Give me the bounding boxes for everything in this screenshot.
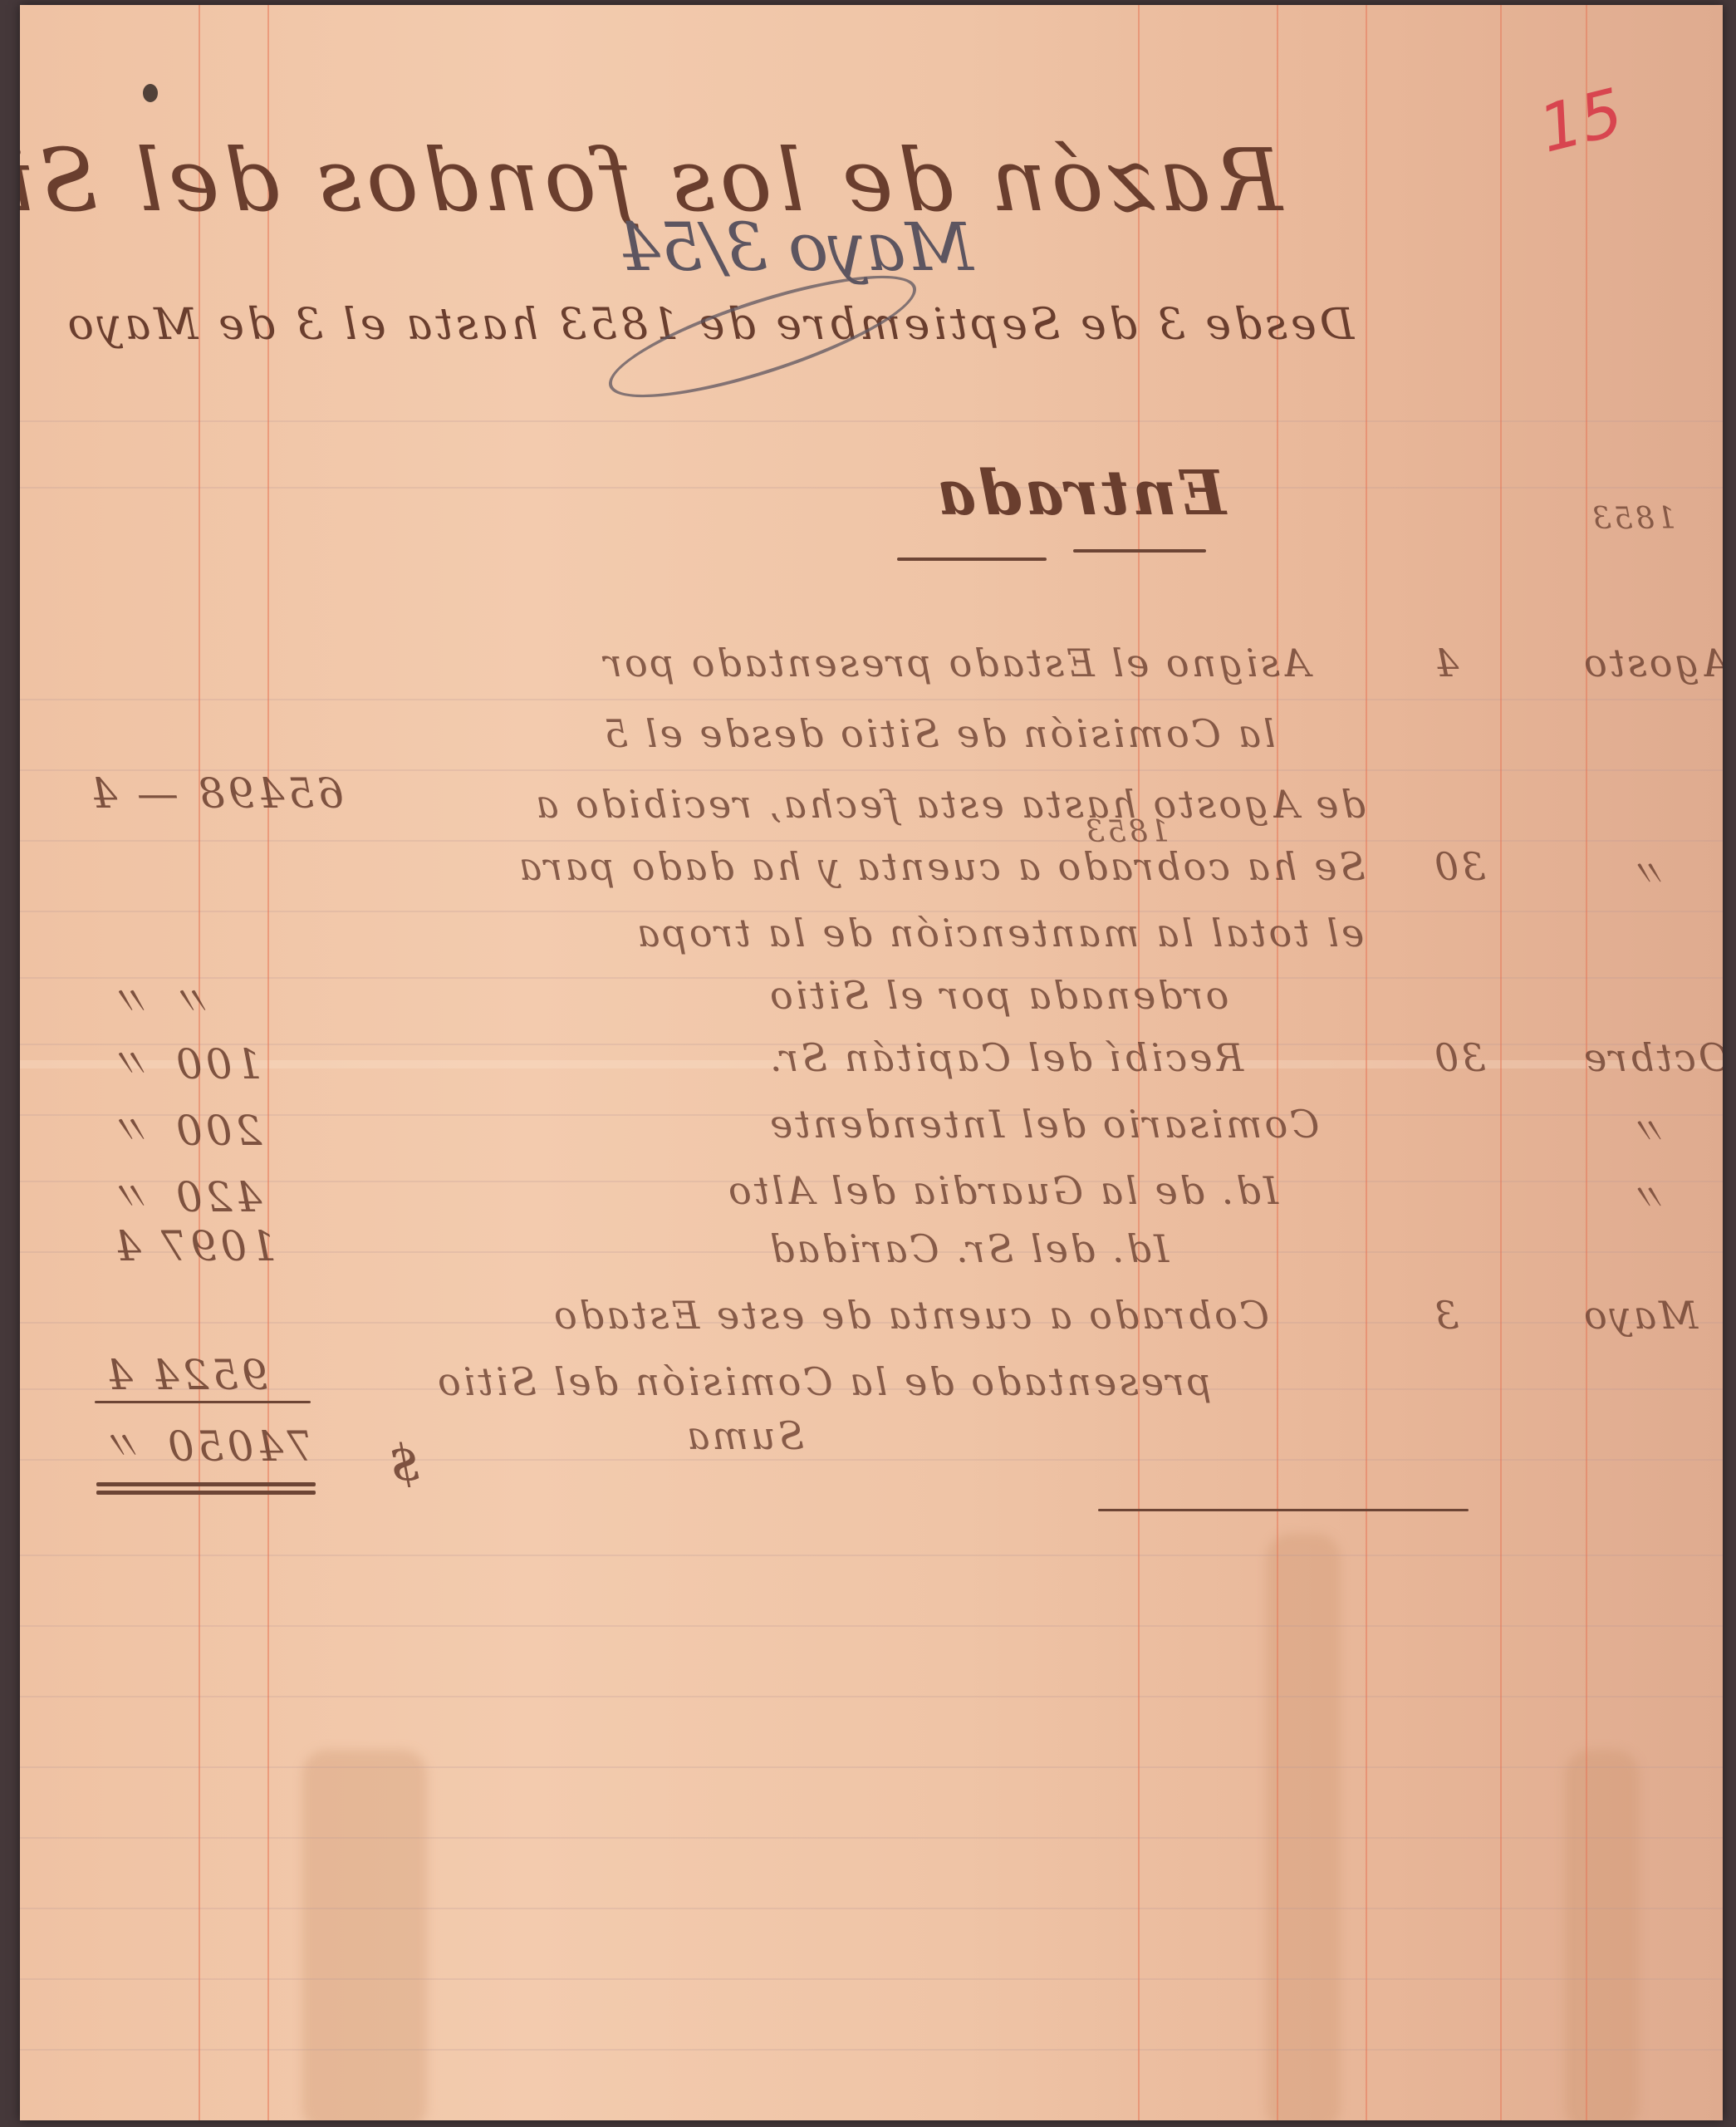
ruled-line [20,1978,1723,1980]
entry-text: Asigno el Estado presentado por [601,641,1366,685]
total-double-rule [96,1482,316,1486]
year-header: 1853 [1590,502,1676,536]
entry-month: Agosto [1582,641,1723,685]
entry-month: 〃 [1631,1168,1672,1223]
heading-underline [897,558,1047,561]
subtotal-rule [95,1401,311,1403]
subtotal-amount: 9524 4 [103,1351,327,1399]
entry-text: Id. de la Guardia del Alto [726,1168,1366,1213]
entry-amount: 〃 〃 [111,969,344,1029]
entry-text: Cobrado a cuenta de este Estado [552,1293,1366,1338]
entry-month: 〃 [1631,1102,1672,1157]
ruled-line [20,1555,1723,1556]
entry-amount: 65498 — 4 [95,769,344,818]
entry-month: 〃 [1631,844,1672,899]
water-stain [1565,1750,1640,2120]
paper-hole [143,84,158,102]
ruled-line [20,699,1723,700]
ruled-line [20,1766,1723,1768]
entry-text: Se ha cobrado a cuenta y ha dado para [601,844,1366,889]
entry-text: de Agosto hasta esta fecha, recibido a [535,782,1366,827]
ruled-line [20,487,1723,489]
closing-rule [1098,1509,1469,1511]
entry-text: Recibí del Capitán Sr. [767,1035,1366,1080]
entry-month: Mayo [1582,1293,1698,1338]
ruled-line [20,840,1723,842]
entry-text: presentado de la Comisión del Sitio [435,1359,1366,1404]
entry-text: Id. del Sr. Caridad [767,1226,1366,1271]
entry-amount: 420 〃 [111,1164,344,1224]
entry-text: ordenada por el Sitio [767,973,1366,1018]
ruled-line [20,2049,1723,2051]
section-heading-entrada: Entrada [934,458,1226,529]
entry-amount: 200 〃 [111,1098,344,1157]
water-stain [302,1750,427,2120]
ruled-line [20,1837,1723,1839]
entry-amount: 100 〃 [111,1031,344,1091]
entry-amount: 1097 4 [111,1222,344,1270]
entry-day: 3 [1432,1293,1459,1338]
heading-underline [1073,549,1206,553]
ruled-line [20,1625,1723,1627]
entry-day: 30 [1432,1035,1486,1080]
entry-text: la Comisión de Sitio desde el 5 [601,711,1366,756]
ruled-line [20,420,1723,422]
entry-day: 30 [1432,844,1486,889]
entry-text: Suma [684,1413,1366,1458]
entry-day: 4 [1432,641,1459,685]
ledger-page: 15 Razón de los fondos del Sitio Mayo 3/… [20,5,1723,2120]
currency-mark: $ [385,1434,420,1492]
ruled-line [20,1908,1723,1909]
entry-text: el total la mantención de la tropa [635,911,1366,955]
total-amount: 74050 〃 [103,1413,327,1473]
ruled-line [20,1696,1723,1697]
total-double-rule [96,1491,316,1495]
pencil-date-note: Mayo 3/54 [618,209,973,286]
entry-month: Octbre [1582,1035,1723,1080]
folio-number: 15 [1532,75,1631,167]
entry-text: Comisario del Intendente [767,1102,1366,1147]
margin-rule [1500,5,1502,2120]
